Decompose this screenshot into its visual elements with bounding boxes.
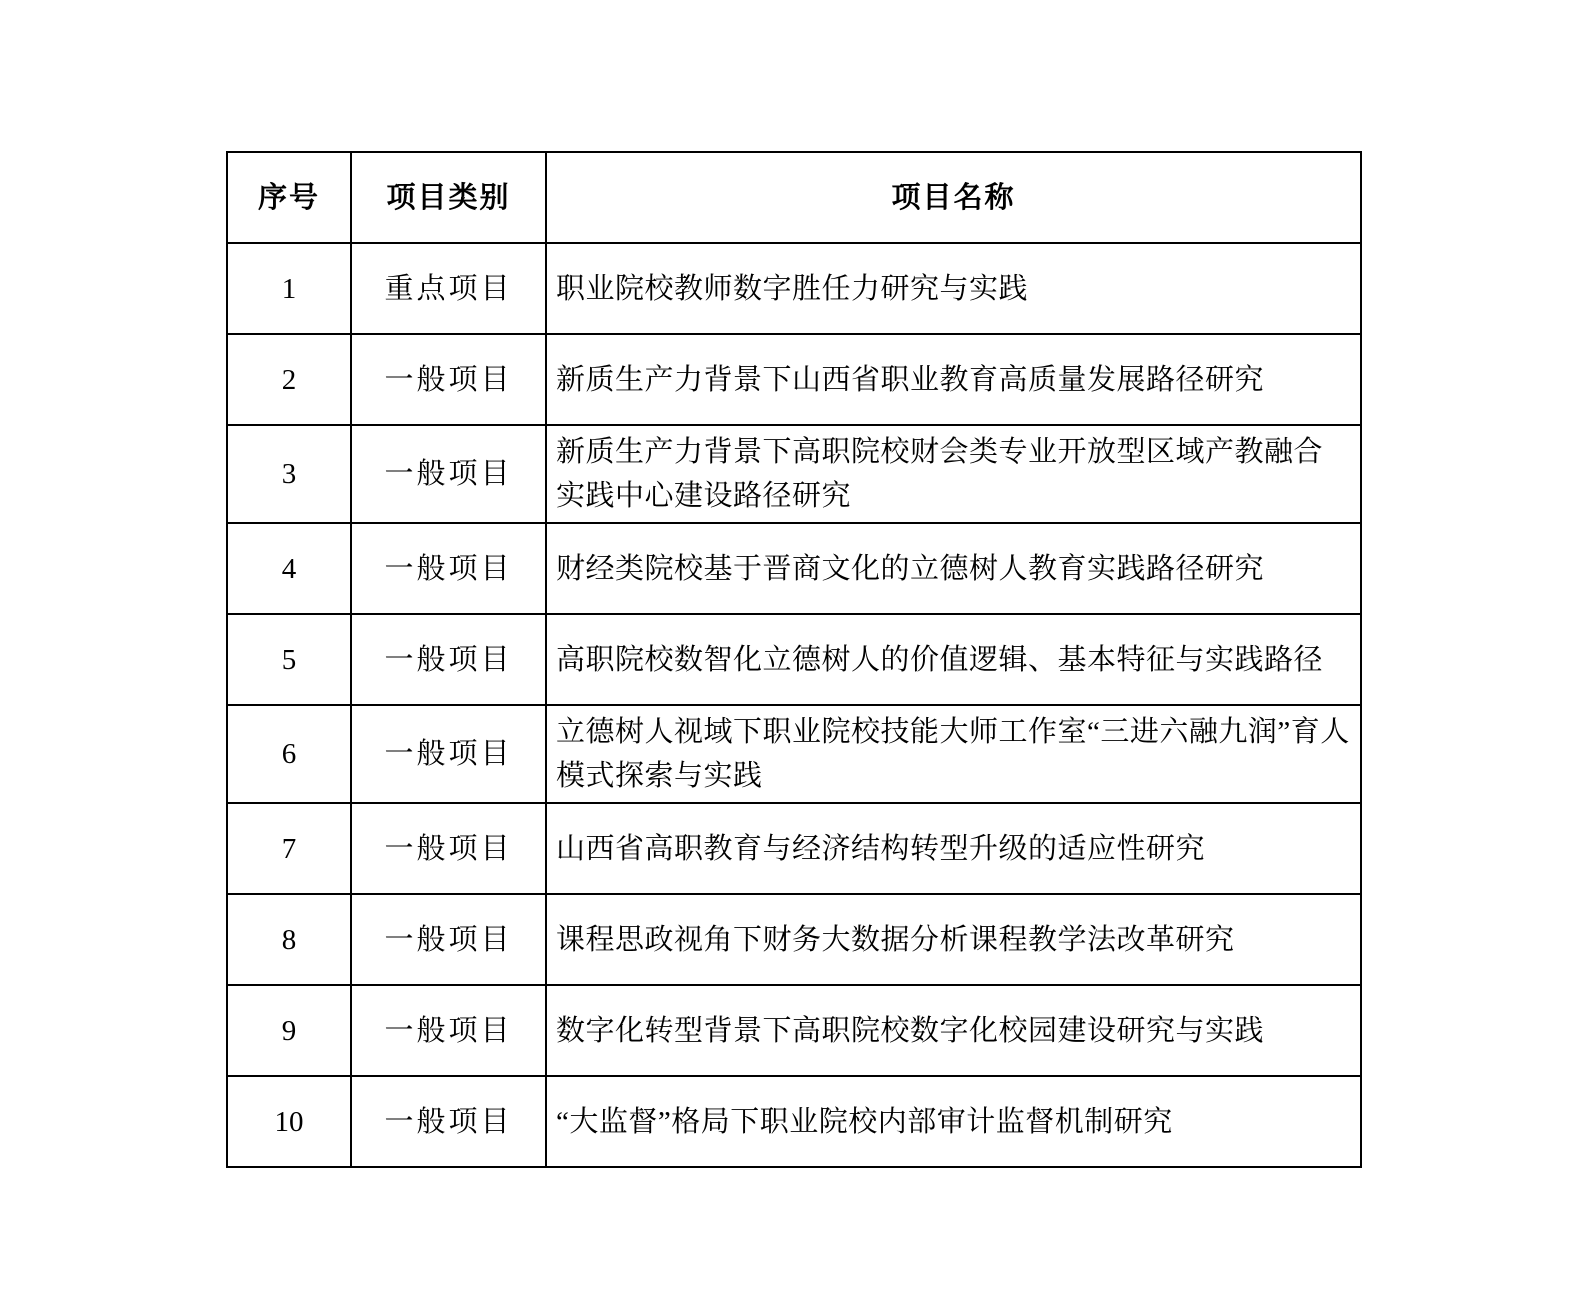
- table-row: 5 一般项目 高职院校数智化立德树人的价值逻辑、基本特征与实践路径: [227, 614, 1361, 705]
- table-row: 4 一般项目 财经类院校基于晋商文化的立德树人教育实践路径研究: [227, 523, 1361, 614]
- cell-index: 8: [227, 894, 351, 985]
- cell-index: 1: [227, 243, 351, 334]
- cell-index: 9: [227, 985, 351, 1076]
- cell-category: 一般项目: [351, 523, 546, 614]
- cell-name: 山西省高职教育与经济结构转型升级的适应性研究: [546, 803, 1361, 894]
- table-row: 9 一般项目 数字化转型背景下高职院校数字化校园建设研究与实践: [227, 985, 1361, 1076]
- cell-category: 一般项目: [351, 425, 546, 523]
- cell-index: 4: [227, 523, 351, 614]
- cell-category: 一般项目: [351, 705, 546, 803]
- cell-category: 一般项目: [351, 1076, 546, 1167]
- table-header-row: 序号 项目类别 项目名称: [227, 152, 1361, 243]
- cell-category: 一般项目: [351, 334, 546, 425]
- cell-name: 课程思政视角下财务大数据分析课程教学法改革研究: [546, 894, 1361, 985]
- cell-name: 职业院校教师数字胜任力研究与实践: [546, 243, 1361, 334]
- cell-name: 高职院校数智化立德树人的价值逻辑、基本特征与实践路径: [546, 614, 1361, 705]
- document-page: 序号 项目类别 项目名称 1 重点项目 职业院校教师数字胜任力研究与实践 2 一…: [0, 0, 1586, 1313]
- projects-table: 序号 项目类别 项目名称 1 重点项目 职业院校教师数字胜任力研究与实践 2 一…: [226, 151, 1362, 1168]
- cell-name: 数字化转型背景下高职院校数字化校园建设研究与实践: [546, 985, 1361, 1076]
- cell-index: 2: [227, 334, 351, 425]
- table-row: 3 一般项目 新质生产力背景下高职院校财会类专业开放型区域产教融合实践中心建设路…: [227, 425, 1361, 523]
- cell-category: 一般项目: [351, 894, 546, 985]
- cell-index: 7: [227, 803, 351, 894]
- table-row: 10 一般项目 “大监督”格局下职业院校内部审计监督机制研究: [227, 1076, 1361, 1167]
- table-row: 7 一般项目 山西省高职教育与经济结构转型升级的适应性研究: [227, 803, 1361, 894]
- cell-category: 一般项目: [351, 985, 546, 1076]
- cell-name: 财经类院校基于晋商文化的立德树人教育实践路径研究: [546, 523, 1361, 614]
- table-row: 1 重点项目 职业院校教师数字胜任力研究与实践: [227, 243, 1361, 334]
- cell-index: 6: [227, 705, 351, 803]
- cell-category: 重点项目: [351, 243, 546, 334]
- cell-index: 5: [227, 614, 351, 705]
- cell-name: 新质生产力背景下高职院校财会类专业开放型区域产教融合实践中心建设路径研究: [546, 425, 1361, 523]
- cell-index: 3: [227, 425, 351, 523]
- table-row: 6 一般项目 立德树人视域下职业院校技能大师工作室“三进六融九润”育人模式探索与…: [227, 705, 1361, 803]
- cell-name: 新质生产力背景下山西省职业教育高质量发展路径研究: [546, 334, 1361, 425]
- table-row: 2 一般项目 新质生产力背景下山西省职业教育高质量发展路径研究: [227, 334, 1361, 425]
- cell-category: 一般项目: [351, 614, 546, 705]
- cell-category: 一般项目: [351, 803, 546, 894]
- col-header-index: 序号: [227, 152, 351, 243]
- table-row: 8 一般项目 课程思政视角下财务大数据分析课程教学法改革研究: [227, 894, 1361, 985]
- col-header-category: 项目类别: [351, 152, 546, 243]
- cell-index: 10: [227, 1076, 351, 1167]
- cell-name: “大监督”格局下职业院校内部审计监督机制研究: [546, 1076, 1361, 1167]
- cell-name: 立德树人视域下职业院校技能大师工作室“三进六融九润”育人模式探索与实践: [546, 705, 1361, 803]
- col-header-name: 项目名称: [546, 152, 1361, 243]
